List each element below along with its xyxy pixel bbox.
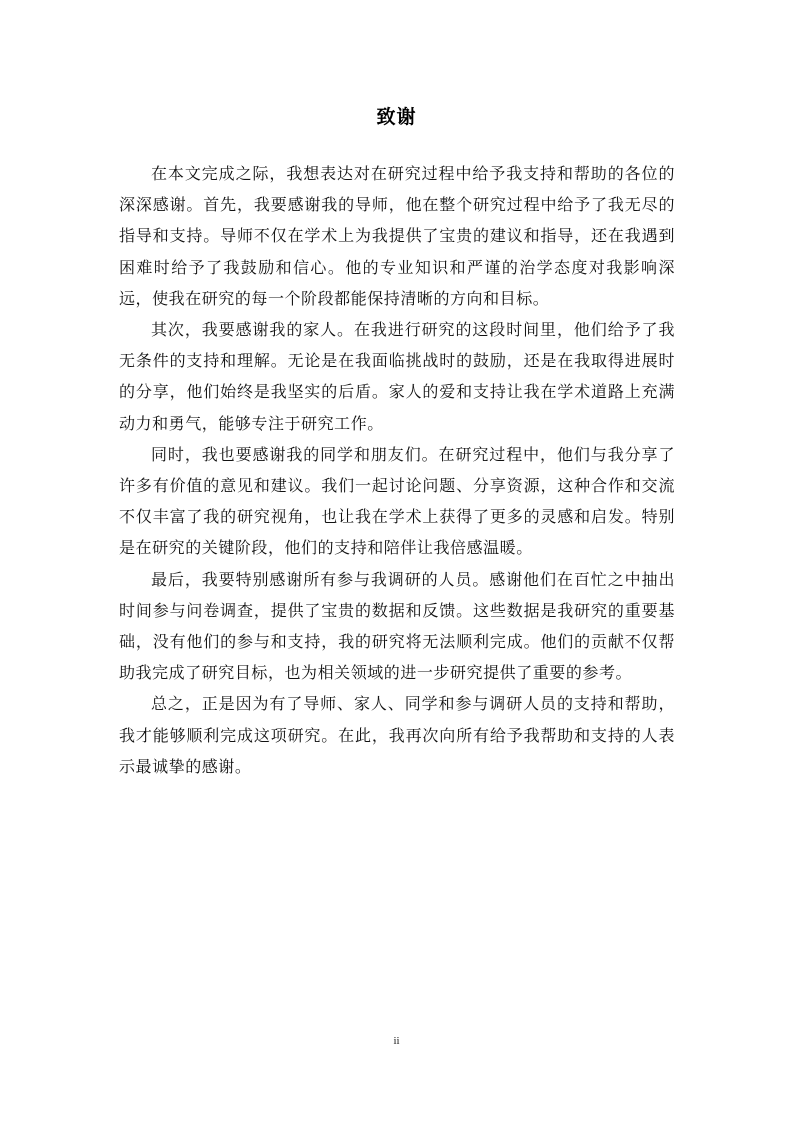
paragraph-conclusion: 总之，正是因为有了导师、家人、同学和参与调研人员的支持和帮助，我才能够顺利完成这… [119,688,675,782]
acknowledgement-body: 在本文完成之际，我想表达对在研究过程中给予我支持和帮助的各位的深深感谢。首先，我… [119,158,675,782]
document-page: 致谢 在本文完成之际，我想表达对在研究过程中给予我支持和帮助的各位的深深感谢。首… [0,0,793,1122]
page-number: ii [0,1035,793,1047]
paragraph-participants: 最后，我要特别感谢所有参与我调研的人员。感谢他们在百忙之中抽出时间参与问卷调查，… [119,564,675,689]
paragraph-classmates: 同时，我也要感谢我的同学和朋友们。在研究过程中，他们与我分享了许多有价值的意见和… [119,439,675,564]
paragraph-advisor: 在本文完成之际，我想表达对在研究过程中给予我支持和帮助的各位的深深感谢。首先，我… [119,158,675,314]
paragraph-family: 其次，我要感谢我的家人。在我进行研究的这段时间里，他们给予了我无条件的支持和理解… [119,314,675,439]
page-title: 致谢 [0,103,793,131]
